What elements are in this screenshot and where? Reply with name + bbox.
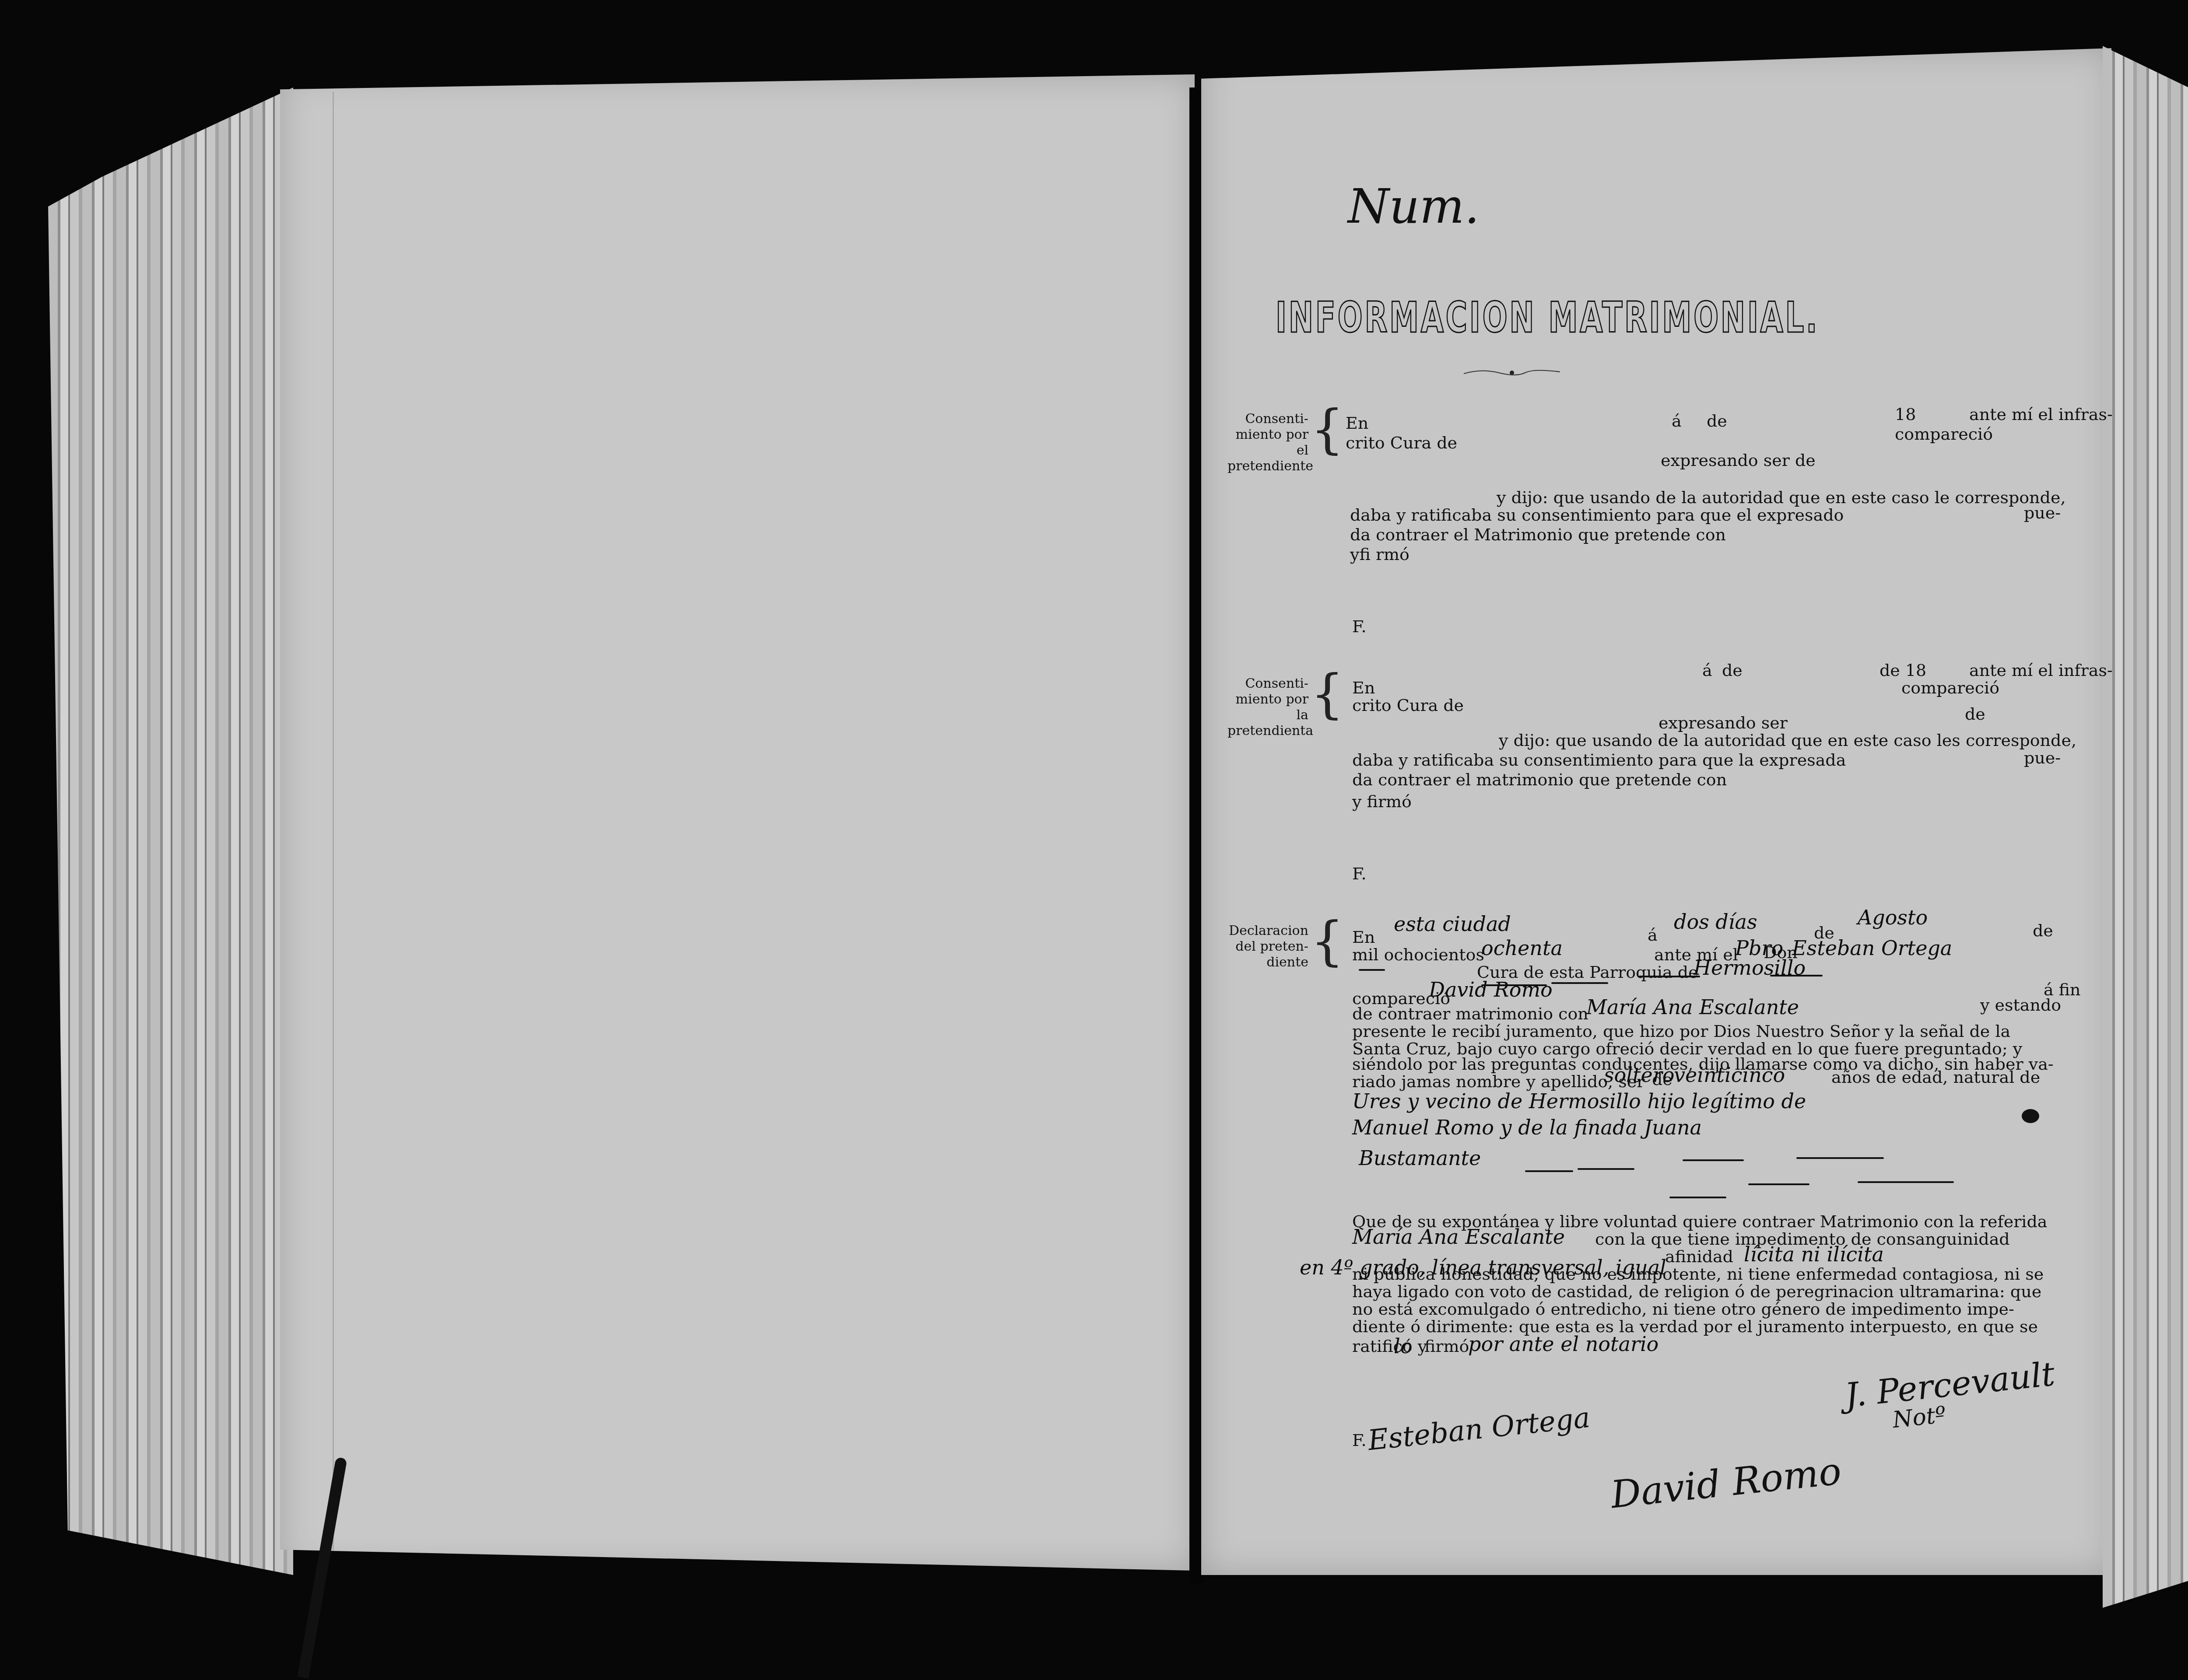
printed-form-text: En — [1352, 678, 1375, 697]
handwritten-fill-dash — [1669, 1197, 1726, 1198]
handwritten-fill-dash — [1639, 976, 1700, 977]
handwritten-priest: Esteban Ortega — [1792, 936, 1952, 960]
side-label-line: miento por el — [1227, 427, 1308, 458]
printed-form-text: y dijo: que usando de la autoridad que e… — [1499, 731, 2076, 750]
printed-form-text: ratificó y — [1352, 1337, 1427, 1356]
printed-form-text: mil ochocientos — [1352, 945, 1484, 964]
left-page-edges — [48, 87, 293, 1575]
printed-form-text: pue- — [2024, 748, 2061, 767]
printed-form-text: firmó — [1424, 1337, 1469, 1356]
printed-form-text: En — [1346, 413, 1368, 433]
title-flourish-ornament — [1464, 367, 1560, 378]
handwritten-bride: María Ana Escalante — [1586, 995, 1799, 1019]
side-label-line: diente — [1227, 955, 1308, 970]
signature-priest: Esteban Ortega — [1367, 1402, 1592, 1457]
signature-groom: David Romo — [1609, 1449, 1843, 1517]
printed-form-text: 18 — [1895, 405, 1916, 424]
printed-form-text: ante mí el infras- — [1969, 405, 2113, 424]
printed-form-text: crito Cura de — [1346, 433, 1457, 452]
printed-form-text: ante mí el infras- — [1969, 661, 2113, 680]
printed-form-text: de — [2033, 921, 2053, 940]
side-label-line: Declaracion — [1227, 923, 1308, 939]
section-side-label-consent-bride: Consenti-miento por lapretendienta — [1227, 676, 1308, 739]
printed-form-text: haya ligado con voto de castidad, de rel… — [1352, 1282, 2041, 1301]
side-label-line: Consenti- — [1227, 411, 1308, 427]
handwritten-fill-dash — [1525, 1170, 1573, 1172]
handwritten-year: ochenta — [1481, 936, 1563, 960]
printed-form-text: expresando ser de — [1661, 451, 1816, 470]
printed-form-text: de — [1965, 704, 1985, 724]
printed-form-text: daba y ratificaba su consentimiento para… — [1352, 750, 1846, 770]
handwritten-impediment: lícita ni ilícita — [1744, 1242, 1884, 1266]
form-title: INFORMACION MATRIMONIAL. — [1276, 293, 1819, 342]
printed-form-text: expresando ser — [1659, 713, 1788, 732]
signature-notary: J. Percevault — [1843, 1354, 2057, 1415]
printed-form-text: diente ó dirimente: que esta es la verda… — [1352, 1317, 2038, 1336]
section-brace: { — [1311, 403, 1344, 456]
printed-form-text: F. — [1352, 1431, 1367, 1450]
printed-form-text: de — [1722, 661, 1743, 680]
left-page-fold-line — [333, 92, 334, 1553]
signature-marker: F. — [1352, 864, 1367, 883]
printed-form-text: daba y ratificaba su consentimiento para… — [1350, 505, 1844, 525]
handwritten-fill-dash — [1858, 1181, 1954, 1183]
handwritten-fill-dash — [1683, 1159, 1744, 1161]
side-label-line: pretendiente — [1227, 458, 1308, 474]
printed-form-text: presente le recibí juramento, que hizo p… — [1352, 1022, 2010, 1041]
section-side-label-groom-declaration: Declaraciondel preten-diente — [1227, 923, 1308, 970]
handwritten-fill-dash — [1578, 1168, 1634, 1170]
ink-blot — [2022, 1109, 2039, 1123]
section-brace: { — [1311, 915, 1344, 968]
side-label-line: del preten- — [1227, 939, 1308, 955]
handwritten-fill-dash — [1551, 982, 1608, 984]
printed-form-text: á — [1702, 661, 1712, 680]
signature-notary-title: Notº — [1891, 1402, 1947, 1433]
handwritten-month: Agosto — [1858, 906, 1928, 929]
printed-form-text: compareció — [1901, 678, 1999, 697]
handwritten-ratification-1: lo — [1394, 1334, 1412, 1358]
printed-form-text: y firmó — [1352, 792, 1412, 811]
handwritten-ratification-2: por ante el notario — [1468, 1332, 1659, 1356]
handwritten-fill-dash — [1359, 969, 1385, 971]
printed-form-text: compareció — [1895, 424, 1993, 444]
printed-form-text: yfi rmó — [1350, 545, 1410, 564]
printed-form-text: de 18 — [1879, 661, 1926, 680]
side-label-line: pretendienta — [1227, 723, 1308, 739]
section-side-label-consent-groom: Consenti-miento por elpretendiente — [1227, 411, 1308, 474]
side-label-line: miento por la — [1227, 692, 1308, 723]
handwritten-groom: David Romo — [1429, 978, 1553, 1001]
handwritten-bride-ref: María Ana Escalante — [1352, 1225, 1565, 1249]
side-label-line: Consenti- — [1227, 676, 1308, 692]
printed-form-text: años de edad, natural de — [1831, 1067, 2040, 1087]
printed-form-text: no está excomulgado ó entredicho, ni tie… — [1352, 1299, 2014, 1319]
matrimonial-form: Num. INFORMACION MATRIMONIAL. Consenti-m… — [1201, 48, 2111, 1575]
printed-form-text: y estando — [1980, 995, 2061, 1015]
printed-form-text: á — [1672, 411, 1682, 430]
handwritten-fill-dash — [1481, 984, 1547, 986]
printed-form-text: de contraer matrimonio con — [1352, 1004, 1588, 1023]
printed-form-text: y dijo: que usando de la autoridad que e… — [1497, 488, 2065, 507]
handwritten-fill-dash — [1770, 975, 1823, 976]
handwritten-day: dos días — [1674, 910, 1757, 934]
left-page — [280, 74, 1195, 1571]
printed-form-text: da contraer el Matrimonio que pretende c… — [1350, 525, 1726, 544]
handwritten-origin-and-parents-3: Bustamante — [1359, 1146, 1481, 1170]
right-page-edges — [2103, 46, 2188, 1608]
form-number-label: Num. — [1348, 179, 1480, 234]
printed-form-text: afinidad — [1665, 1247, 1733, 1266]
handwritten-origin-and-parents-2: Manuel Romo y de la finada Juana — [1352, 1116, 1702, 1139]
printed-form-text: crito Cura de — [1352, 696, 1464, 715]
printed-form-text: á — [1648, 925, 1658, 945]
printed-form-text: de — [1707, 411, 1727, 430]
handwritten-origin-and-parents-1: Ures y vecino de Hermosillo hijo legítim… — [1352, 1089, 1806, 1113]
handwritten-age: veinticinco — [1674, 1063, 1785, 1087]
handwritten-civil-status: soltero — [1604, 1063, 1674, 1087]
handwritten-impediment-note: en 4º grado, línea transversal, igual — [1300, 1256, 1666, 1279]
printed-form-text: pue- — [2024, 503, 2061, 522]
printed-form-text: riado jamas nombre y apellido, ser — [1352, 1072, 1645, 1091]
handwritten-fill-dash — [1796, 1157, 1884, 1159]
signature-marker: F. — [1352, 617, 1367, 636]
printed-form-text: da contraer el matrimonio que pretende c… — [1352, 770, 1727, 789]
printed-form-text: En — [1352, 927, 1375, 947]
section-brace: { — [1311, 668, 1344, 721]
handwritten-place: esta ciudad — [1394, 912, 1511, 936]
handwritten-fill-dash — [1748, 1183, 1809, 1185]
scan-background: Num. INFORMACION MATRIMONIAL. Consenti-m… — [0, 0, 2188, 1680]
